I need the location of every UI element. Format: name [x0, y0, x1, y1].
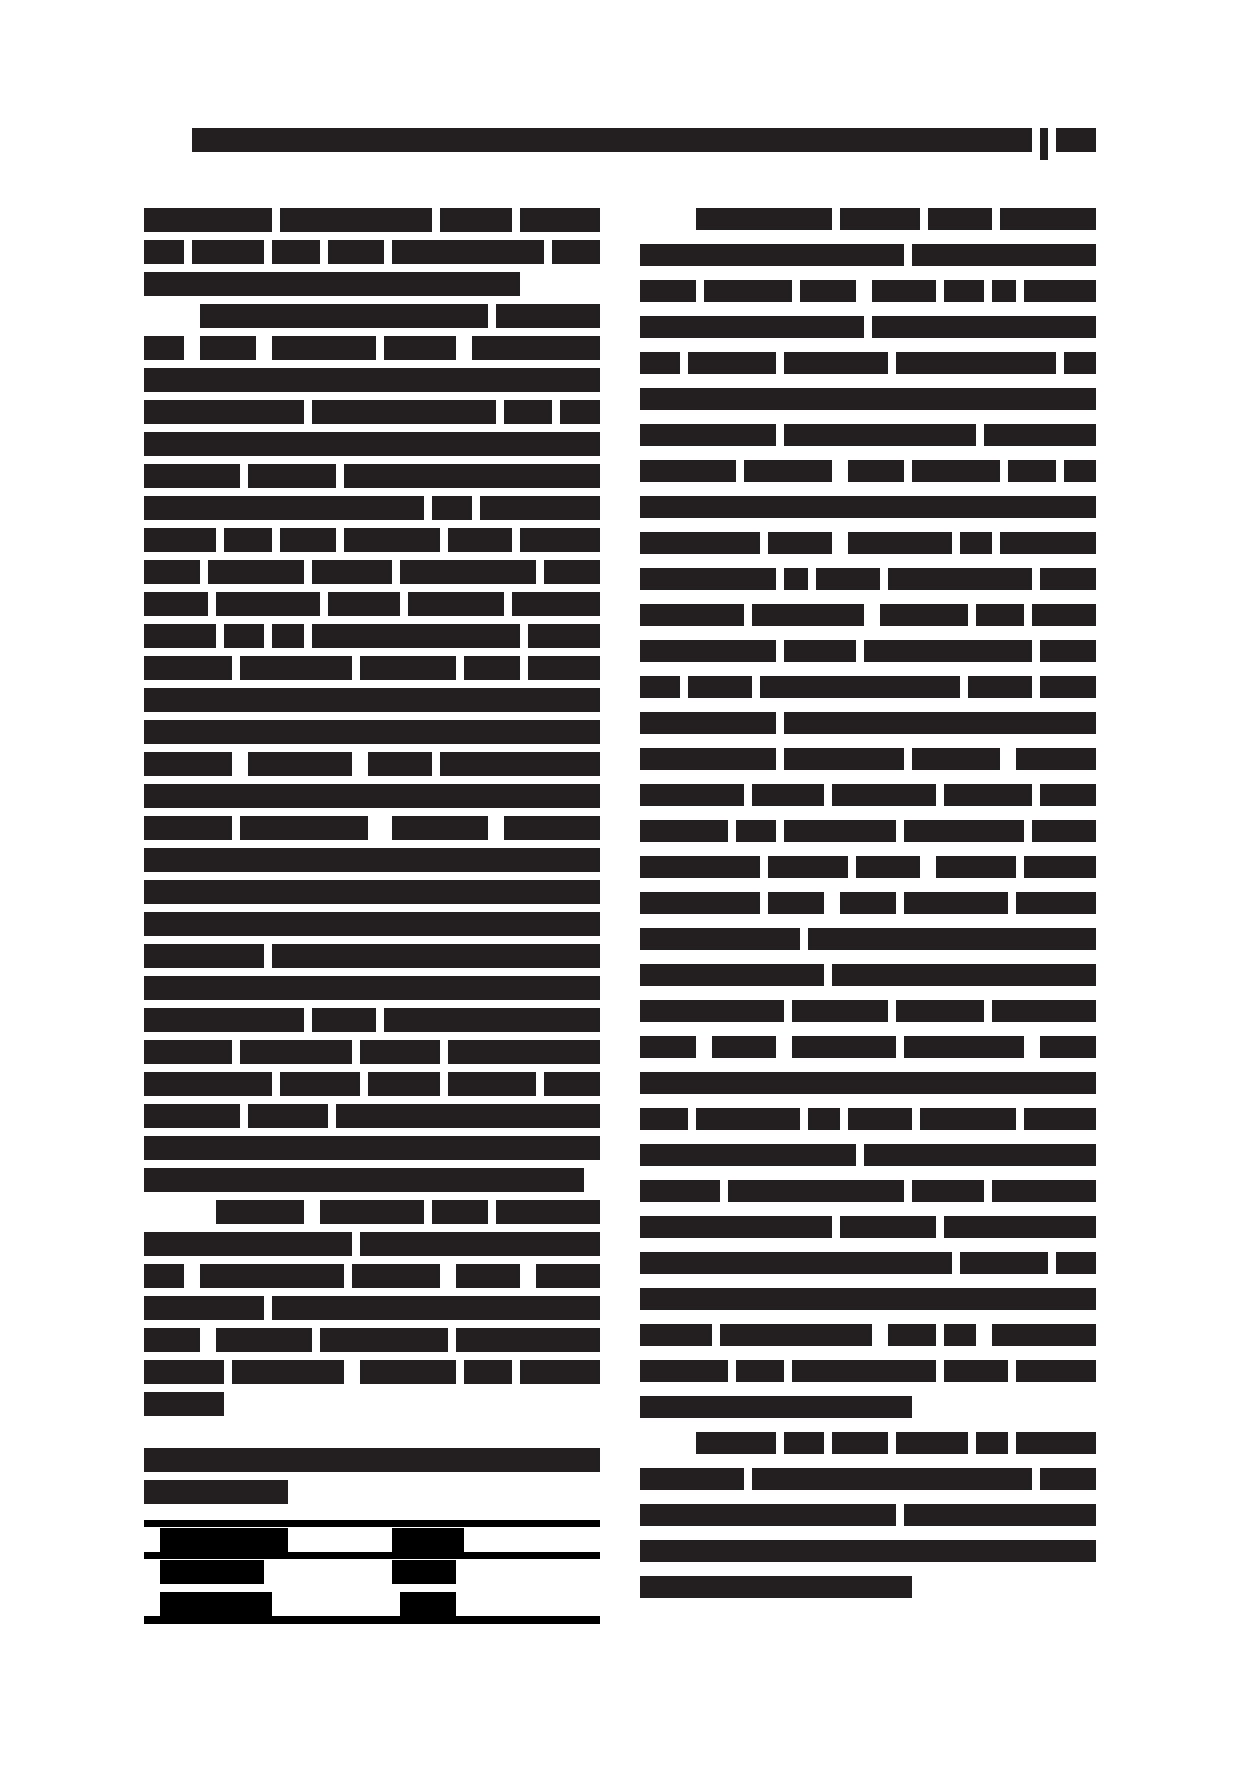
data-table — [0, 0, 1240, 1772]
table-cell — [160, 1592, 272, 1616]
document-page — [0, 0, 1240, 1772]
body-row — [0, 0, 1240, 1772]
table-cell — [400, 1592, 456, 1616]
